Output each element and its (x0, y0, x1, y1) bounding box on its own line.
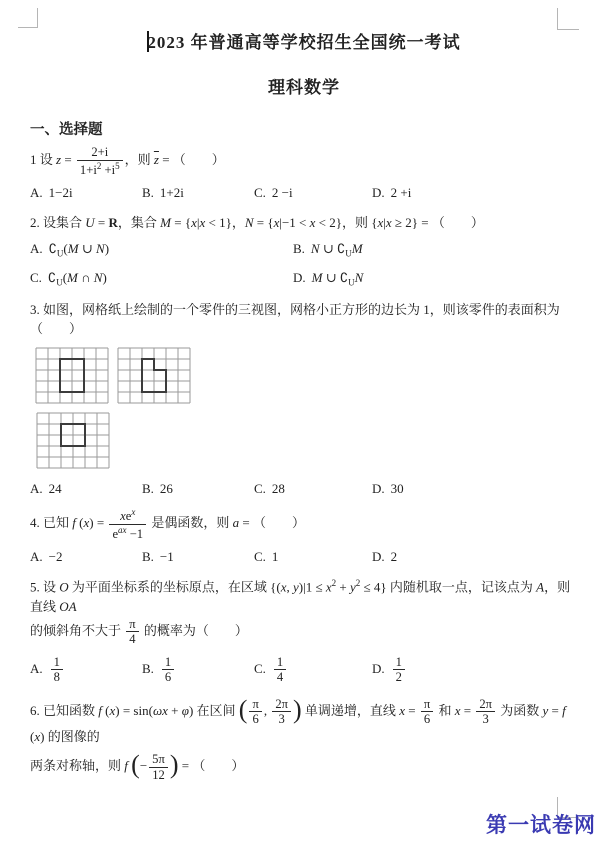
document-content: 2023 年普通高等学校招生全国统一考试 理科数学 一、选择题 1 设 z = … (0, 0, 600, 782)
option-d-value: 2 +i (391, 185, 412, 200)
option-c: C.1 (254, 549, 372, 565)
site-watermark: 第一试卷网 (486, 809, 596, 839)
option-b: B.−1 (142, 549, 254, 565)
question-1-options: A.1−2i B.1+2i C.2 −i D.2 +i (30, 185, 578, 201)
option-d-value: 12 (391, 661, 407, 676)
question-6-stem-line1: 6. 已知函数 f (x) = sin(ωx + φ) 在区间 (π6, 2π3… (30, 697, 578, 747)
option-c-value: ∁U(M ∩ N) (48, 270, 107, 285)
option-b-value: 1+2i (160, 185, 184, 200)
question-4-stem: 4. 已知 f (x) = xexeax −1 是偶函数，则 a = （ ） (30, 507, 578, 541)
option-a: A.1−2i (30, 185, 142, 201)
option-c-value: 1 (272, 549, 279, 564)
section-heading: 一、选择题 (30, 118, 578, 139)
exam-subject-title: 理科数学 (30, 73, 578, 98)
option-a: A.18 (30, 655, 142, 685)
option-b-value: 26 (160, 481, 173, 496)
option-a: A.−2 (30, 549, 142, 565)
question-2-options: A.∁U(M ∪ N) B.N ∪ ∁UM C.∁U(M ∩ N) D.M ∪ … (30, 241, 578, 288)
question-5-stem-line1: 5. 设 O 为平面坐标系的坐标原点，在区域 {(x, y)|1 ≤ x2 + … (30, 577, 578, 616)
margin-mark-top-right (557, 8, 579, 30)
option-d: D.30 (372, 481, 578, 497)
option-d: D.M ∪ ∁UN (293, 270, 578, 288)
three-view-front-figure (35, 347, 109, 404)
question-3-stem: 3. 如图，网格纸上绘制的一个零件的三视图，网格小正方形的边长为 1，则该零件的… (30, 300, 578, 339)
question-3-options: A.24 B.26 C.28 D.30 (30, 481, 578, 497)
option-c-value: 28 (272, 481, 285, 496)
option-b-value: 16 (160, 661, 176, 676)
question-3-figures (30, 347, 578, 473)
question-6-stem-line2: 两条对称轴，则 f (−5π12) = （ ） (30, 752, 578, 782)
question-2-stem: 2. 设集合 U = R，集合 M = {x|x < 1}，N = {x|−1 … (30, 213, 578, 233)
option-a: A.∁U(M ∪ N) (30, 241, 293, 259)
option-c: C.2 −i (254, 185, 372, 201)
option-b-value: −1 (160, 549, 174, 564)
question-5-options: A.18 B.16 C.14 D.12 (30, 655, 578, 685)
option-c: C.∁U(M ∩ N) (30, 270, 293, 288)
option-d: D.2 +i (372, 185, 578, 201)
option-a-value: 24 (49, 481, 62, 496)
option-c: C.14 (254, 655, 372, 685)
question-4-options: A.−2 B.−1 C.1 D.2 (30, 549, 578, 565)
option-c-value: 14 (272, 661, 288, 676)
option-a-value: 1−2i (49, 185, 73, 200)
exam-document-page: 2023 年普通高等学校招生全国统一考试 理科数学 一、选择题 1 设 z = … (0, 0, 600, 847)
option-d-value: 2 (391, 549, 398, 564)
option-a-value: 18 (49, 661, 65, 676)
option-b-value: N ∪ ∁UM (311, 241, 363, 256)
text-cursor (147, 31, 149, 52)
option-c: C.28 (254, 481, 372, 497)
three-view-side-figure (117, 347, 191, 404)
three-view-top-figure (36, 457, 110, 472)
option-b: B.N ∪ ∁UM (293, 241, 578, 259)
option-d: D.12 (372, 655, 578, 685)
option-d: D.2 (372, 549, 578, 565)
option-b: B.16 (142, 655, 254, 685)
option-a-value: −2 (49, 549, 63, 564)
option-b: B.26 (142, 481, 254, 497)
option-c-value: 2 −i (272, 185, 293, 200)
exam-title: 2023 年普通高等学校招生全国统一考试 (30, 28, 578, 53)
question-1-stem: 1 设 z = 2+i1+i2 +i5，则 z = （ ） (30, 145, 578, 177)
option-d-value: M ∪ ∁UN (312, 270, 364, 285)
option-a-value: ∁U(M ∪ N) (49, 241, 109, 256)
margin-mark-top-left (18, 8, 38, 28)
option-b: B.1+2i (142, 185, 254, 201)
option-d-value: 30 (391, 481, 404, 496)
question-5-stem-line2: 的倾斜角不大于 π4 的概率为（ ） (30, 617, 578, 647)
option-a: A.24 (30, 481, 142, 497)
